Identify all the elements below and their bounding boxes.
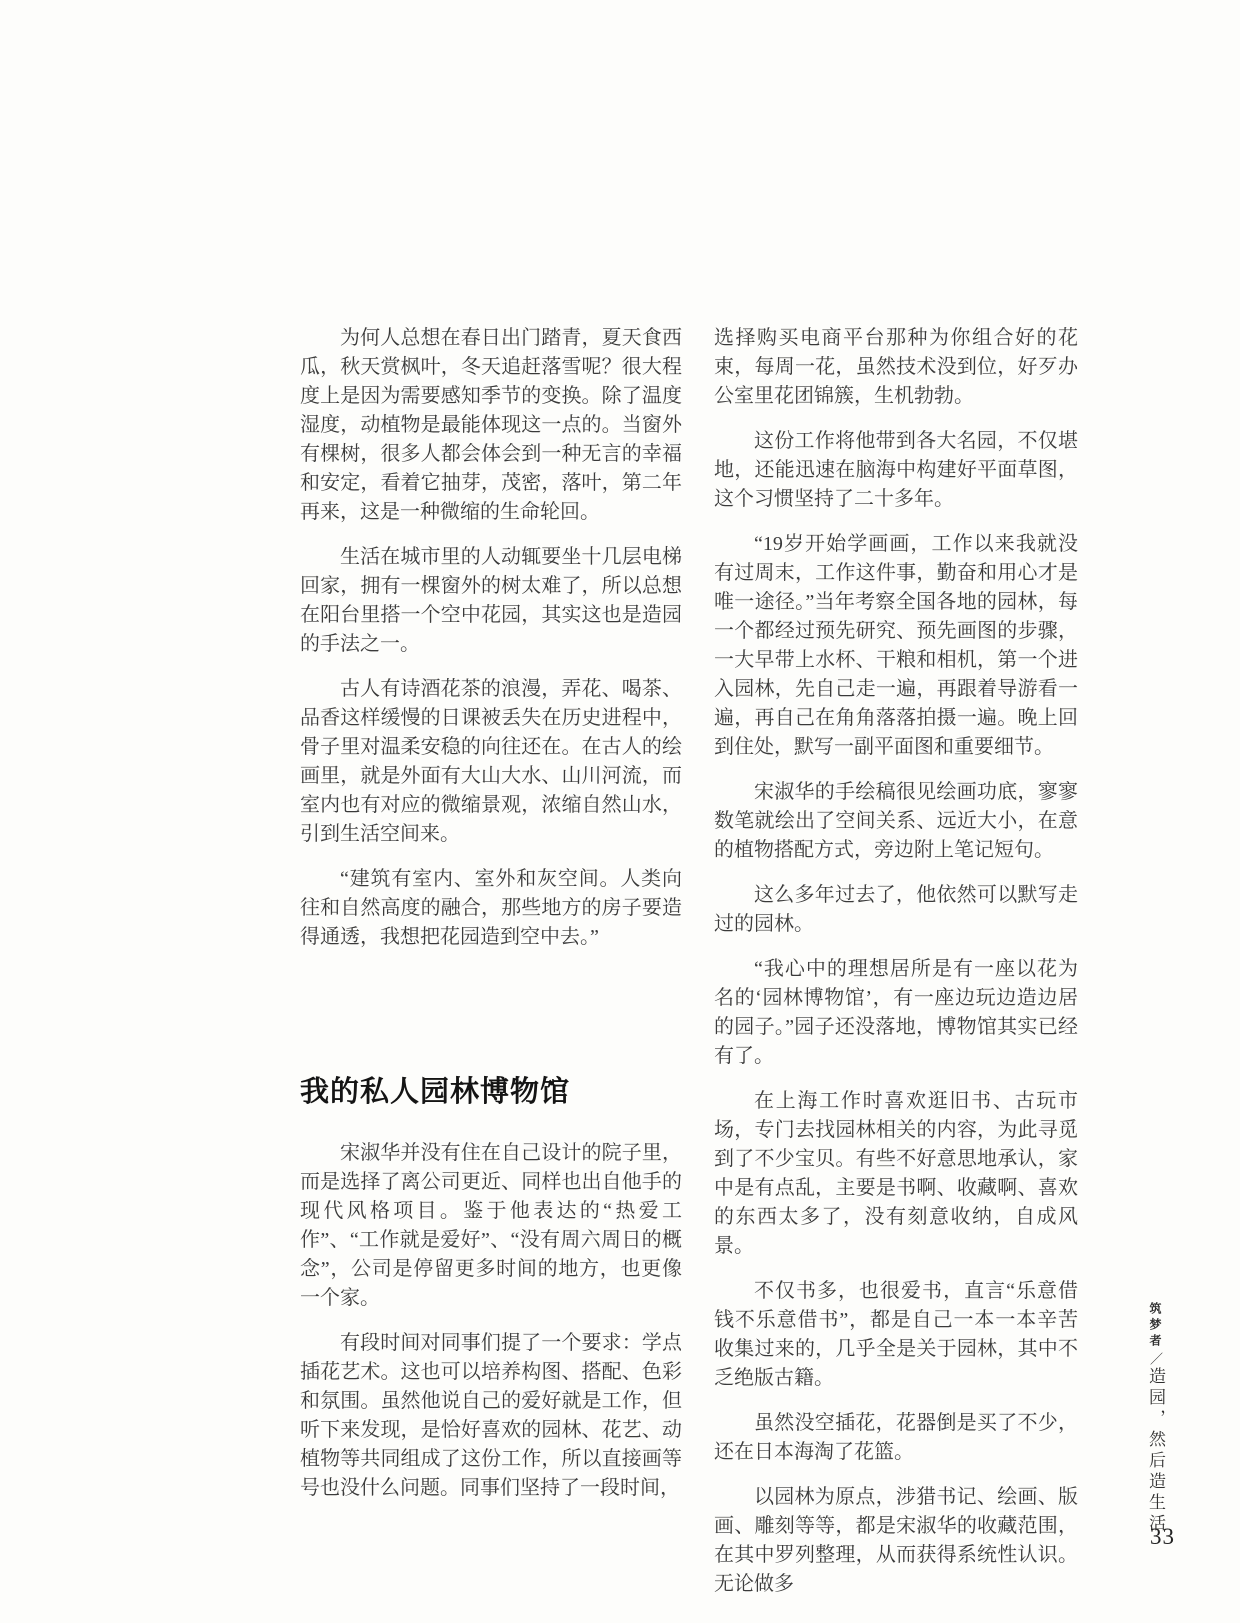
right-column: 选择购买电商平台那种为你组合好的花束，每周一花，虽然技术没到位，好歹办公室里花团… [714, 324, 1078, 1615]
paragraph: 古人有诗酒花茶的浪漫，弄花、喝茶、品香这样缓慢的日课被丢失在历史进程中，骨子里对… [300, 675, 682, 849]
paragraph: 在上海工作时喜欢逛旧书、古玩市场，专门去找园林相关的内容，为此寻觅到了不少宝贝。… [714, 1087, 1078, 1261]
magazine-page: 为何人总想在春日出门踏青，夏天食西瓜，秋天赏枫叶，冬天追赶落雪呢？很大程度上是因… [0, 0, 1240, 1623]
paragraph: 以园林为原点，涉猎书记、绘画、版画、雕刻等等，都是宋淑华的收藏范围，在其中罗列整… [714, 1483, 1078, 1599]
article-title-vertical: 造园，然后造生活 [1146, 1367, 1165, 1535]
paragraph: 这份工作将他带到各大名园，不仅堪地，还能迅速在脑海中构建好平面草图，这个习惯坚持… [714, 427, 1078, 514]
paragraph: 宋淑华的手绘稿很见绘画功底，寥寥数笔就绘出了空间关系、远近大小，在意的植物搭配方… [714, 778, 1078, 865]
quote-paragraph: “建筑有室内、室外和灰空间。人类向往和自然高度的融合，那些地方的房子要造得通透，… [300, 865, 682, 952]
paragraph: 为何人总想在春日出门踏青，夏天食西瓜，秋天赏枫叶，冬天追赶落雪呢？很大程度上是因… [300, 324, 682, 527]
paragraph: 选择购买电商平台那种为你组合好的花束，每周一花，虽然技术没到位，好歹办公室里花团… [714, 324, 1078, 411]
paragraph: 虽然没空插花，花器倒是买了不少，还在日本海淘了花篮。 [714, 1409, 1078, 1467]
paragraph: 宋淑华并没有住在自己设计的院子里，而是选择了离公司更近、同样也出自他手的现代风格… [300, 1139, 682, 1313]
left-column: 为何人总想在春日出门踏青，夏天食西瓜，秋天赏枫叶，冬天追赶落雪呢？很大程度上是因… [300, 324, 682, 1519]
section-tag: 筑梦者 [1148, 1302, 1162, 1350]
quote-paragraph: “我心中的理想居所是有一座以花为名的‘园林博物馆’，有一座边玩边造边居的园子。”… [714, 955, 1078, 1071]
page-number: 33 [1150, 1524, 1175, 1550]
slash-divider: ／ [1148, 1350, 1163, 1367]
paragraph: 有段时间对同事们提了一个要求：学点插花艺术。这也可以培养构图、搭配、色彩和氛围。… [300, 1329, 682, 1503]
paragraph: 生活在城市里的人动辄要坐十几层电梯回家，拥有一棵窗外的树太难了，所以总想在阳台里… [300, 543, 682, 659]
paragraph: 不仅书多，也很爱书，直言“乐意借钱不乐意借书”，都是自己一本一本辛苦收集过来的，… [714, 1277, 1078, 1393]
paragraph: 这么多年过去了，他依然可以默写走过的园林。 [714, 881, 1078, 939]
quote-paragraph: “19岁开始学画画，工作以来我就没有过周末，工作这件事，勤奋和用心才是唯一途径。… [714, 530, 1078, 762]
vertical-section-label: 筑梦者／造园，然后造生活 [1136, 1302, 1174, 1535]
section-heading: 我的私人园林博物馆 [300, 1078, 682, 1107]
